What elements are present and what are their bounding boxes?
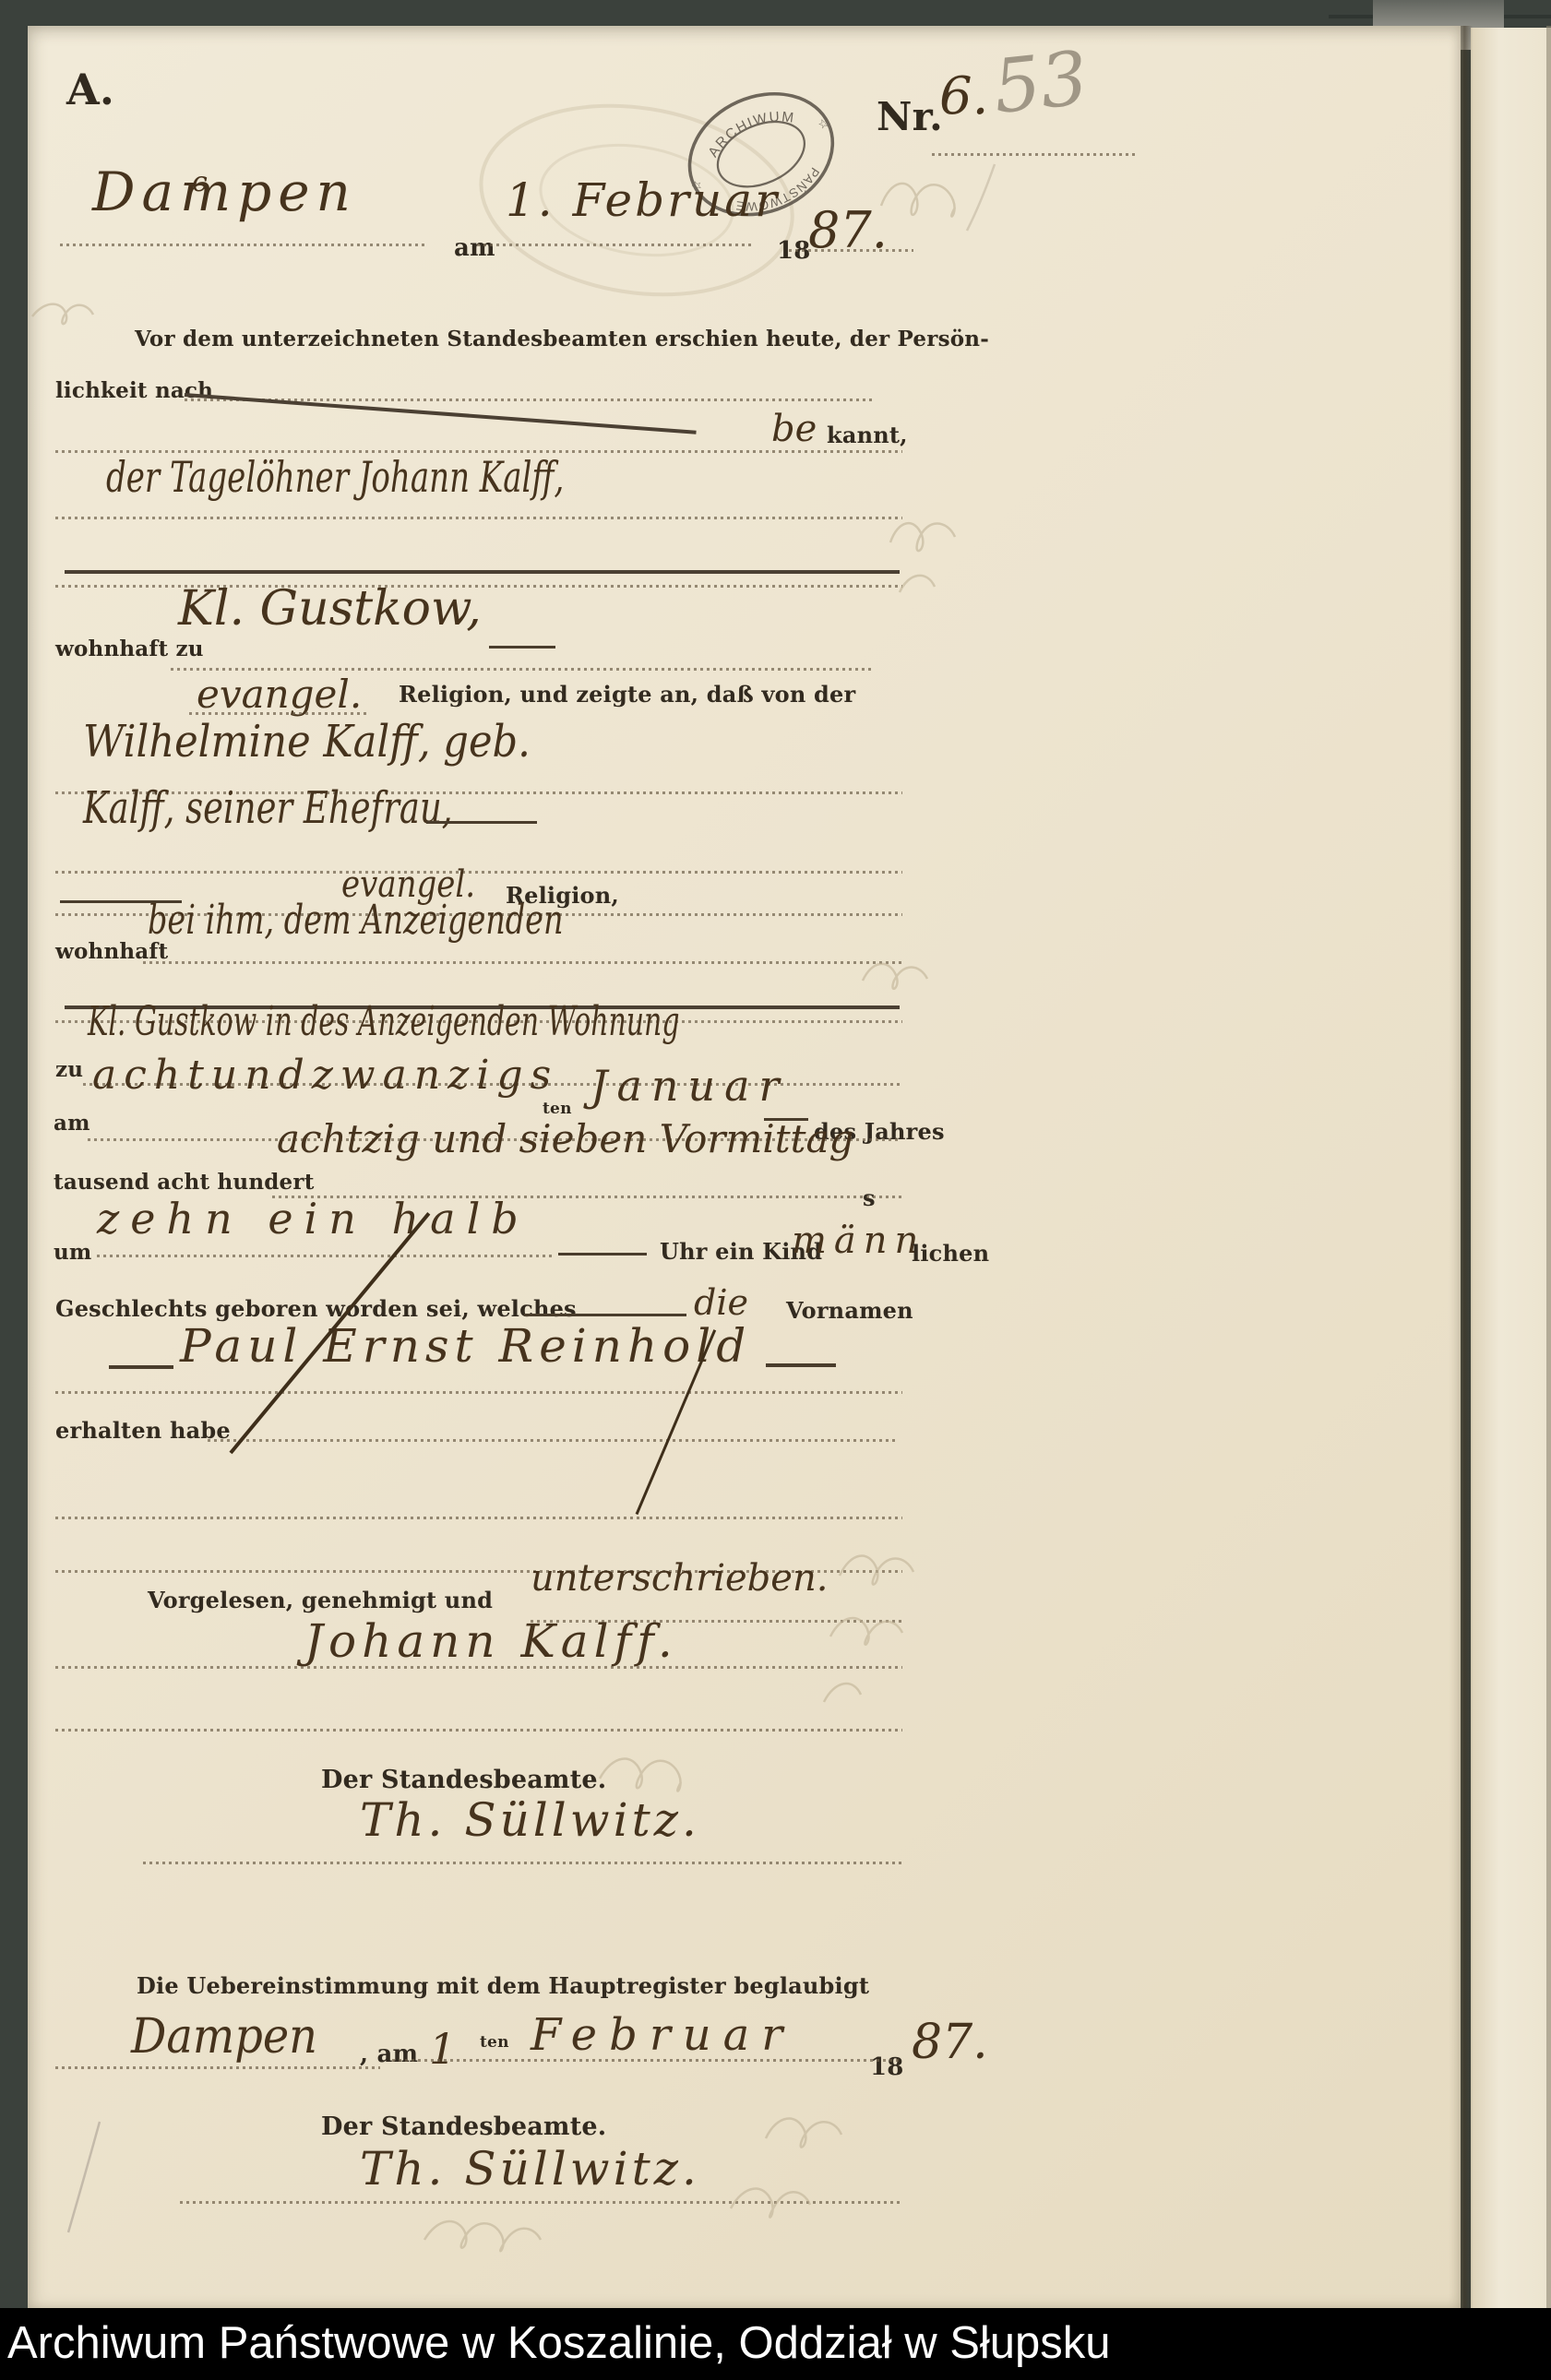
year-words-handwritten: achtzig und sieben Vormittag <box>277 1116 853 1161</box>
bleed-through-marks <box>28 26 1461 2308</box>
gender-handwritten: männ <box>792 1220 925 1262</box>
declarant-signature: Johann Kalff. <box>304 1614 678 1668</box>
dash-mark <box>524 1314 686 1316</box>
religion1-handwritten: evangel. <box>197 672 362 717</box>
form-letter-a: A. <box>66 65 114 114</box>
document-page: ARCHIWUM PAŃSTWOWE ☆ ☆ A. Nr. 6. 53 c Da… <box>28 26 1461 2308</box>
certification-ten-printed: ten <box>480 2033 509 2052</box>
archive-caption-bar: Archiwum Państwowe w Koszalinie, Oddział… <box>0 2308 1551 2380</box>
wohnhaft-zu-label: wohnhaft zu <box>55 637 204 661</box>
certification-am-label: , am <box>360 2041 418 2068</box>
registrar-label-2: Der Standesbeamte. <box>321 2112 606 2141</box>
nr-label: Nr. <box>877 94 943 139</box>
intro-line1: Vor dem unterzeichneten Standesbeamten e… <box>135 327 989 351</box>
birth-day-handwritten: achtundzwanzigs <box>92 1052 558 1099</box>
zu-label: zu <box>55 1057 83 1082</box>
unterschrieben-handwritten: unterschrieben. <box>531 1557 828 1600</box>
certification-statement: Die Uebereinstimmung mit dem Hauptregist… <box>137 1972 869 1999</box>
kannt-printed: kannt, <box>827 422 908 448</box>
certification-month-handwritten: Februar <box>531 2009 794 2061</box>
dash-mark <box>426 821 537 824</box>
child-names-handwritten: Paul Ernst Reinhold <box>180 1319 751 1373</box>
um-label: um <box>54 1240 91 1265</box>
registrar-label: Der Standesbeamte. <box>321 1766 606 1794</box>
next-page-edge <box>1471 28 1551 2308</box>
birth-month-handwritten: Januar <box>591 1061 789 1111</box>
vorgelesen-printed: Vorgelesen, genehmigt und <box>148 1587 493 1613</box>
am-label: am <box>454 234 495 262</box>
religion1-printed: Religion, und zeigte an, daß von der <box>399 681 855 708</box>
stamp-text-top: ARCHIWUM <box>698 97 801 164</box>
scanned-register-page: ARCHIWUM PAŃSTWOWE ☆ ☆ A. Nr. 6. 53 c Da… <box>0 0 1551 2380</box>
vornamen-printed: Vornamen <box>786 1297 913 1324</box>
ten-suffix-printed: ten <box>543 1100 572 1118</box>
be-handwritten: be <box>771 408 817 450</box>
certification-day-handwritten: 1 <box>429 2024 456 2074</box>
die-handwritten: die <box>694 1282 748 1323</box>
am2-label: am <box>54 1111 90 1136</box>
section-rule <box>65 570 900 574</box>
place-handwritten: Dampen <box>92 161 357 223</box>
pencil-number: 53 <box>989 35 1092 130</box>
certification-year-handwritten: 87. <box>912 2015 988 2070</box>
declarant-handwritten: der Tagelöhner Johann Kalff, <box>106 452 564 502</box>
time-handwritten: zehn ein halb <box>97 1194 530 1244</box>
dash-mark <box>109 1365 173 1369</box>
wohnhaft-value-handwritten: bei ihm, dem Anzeigenden <box>148 897 564 944</box>
tausend-printed: tausend acht hundert <box>54 1170 315 1195</box>
dash-mark <box>558 1253 647 1255</box>
nr-value-handwritten: 6. <box>939 66 988 126</box>
certification-century-printed: 18 <box>870 2053 904 2081</box>
erhalten-printed: erhalten habe <box>55 1417 231 1444</box>
registrar-signature: Th. Süllwitz. <box>360 1793 700 1847</box>
geschlechts-printed: Geschlechts geboren worden sei, welches <box>55 1295 577 1322</box>
lichen-printed: lichen <box>912 1240 989 1267</box>
dash-mark <box>766 1363 836 1367</box>
registrar-signature-2: Th. Süllwitz. <box>360 2142 700 2196</box>
residence-handwritten: Kl. Gustkow, <box>178 581 482 637</box>
archive-caption-text: Archiwum Państwowe w Koszalinie, Oddział… <box>7 2317 1111 2369</box>
dash-mark <box>489 646 555 649</box>
certification-place-handwritten: Dampen <box>131 2009 317 2065</box>
svg-text:ARCHIWUM: ARCHIWUM <box>698 97 801 164</box>
birthplace-handwritten: Kl. Gustkow in des Anzeigenden Wohnung <box>88 998 679 1045</box>
date-handwritten: 1. Februar <box>506 173 780 227</box>
mother-line2-handwritten: Kalff, seiner Ehefrau, <box>83 782 452 834</box>
mother-line1-handwritten: Wilhelmine Kalff, geb. <box>83 716 531 768</box>
page-edge-strip <box>1546 26 1551 2308</box>
